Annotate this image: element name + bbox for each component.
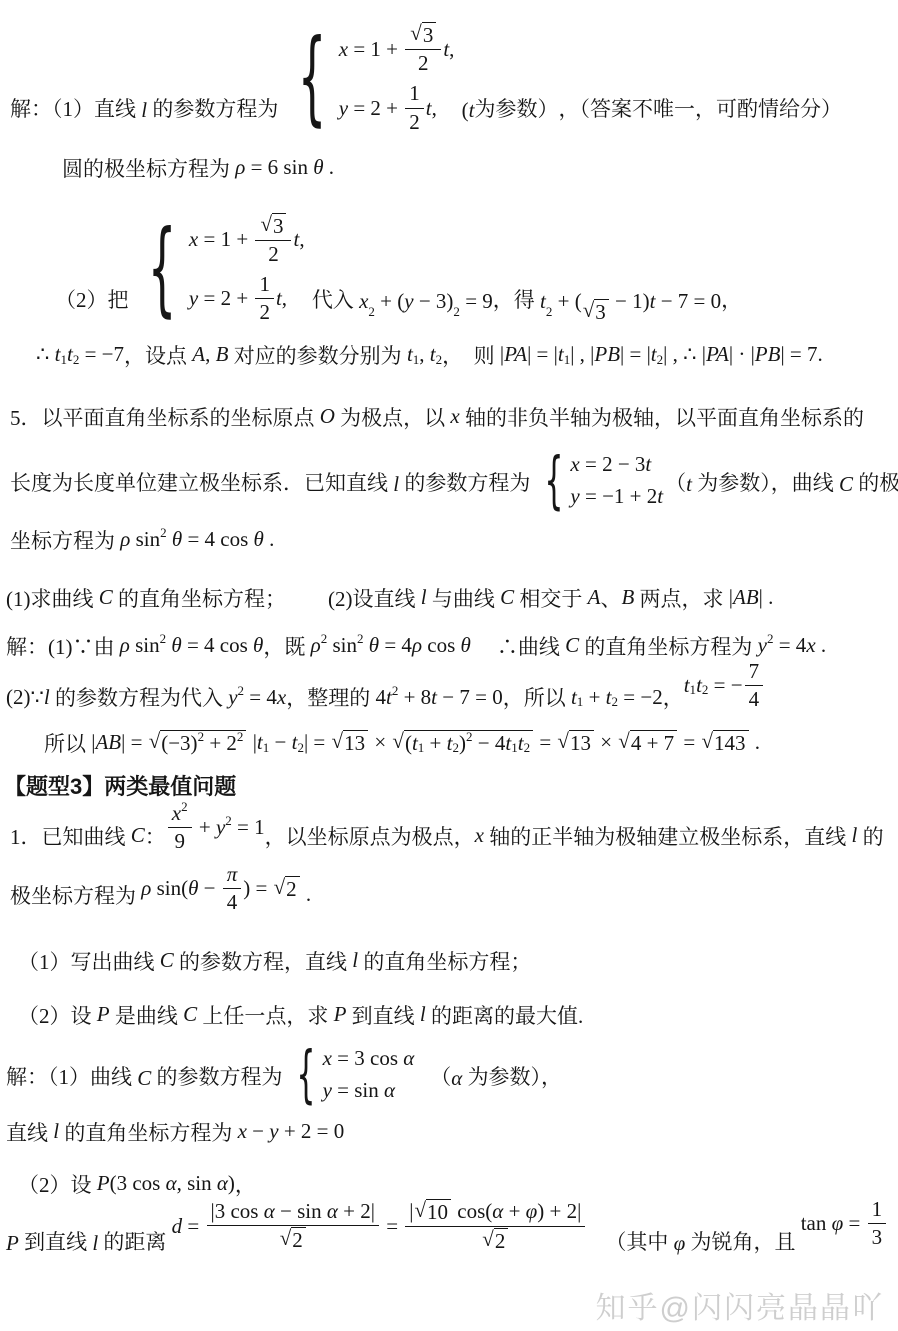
cjk-text: 为参数）， (462, 1061, 562, 1103)
math-text: = 4 cos (182, 527, 253, 552)
math-text: cos (422, 633, 461, 658)
cjk-text: ，以坐标原点为极点， (265, 821, 475, 851)
math-text: 2 (418, 51, 429, 76)
equation-system: {x = 3 cos αy = sin α (290, 1046, 415, 1103)
math-text: , (299, 227, 304, 252)
math-variable: α (166, 1171, 177, 1196)
math-text: (−3) (161, 731, 197, 756)
radical-sign-icon: √ (618, 730, 630, 752)
fraction: √32 (405, 22, 441, 76)
math-variable: y (216, 815, 225, 840)
math-text: 13 (344, 731, 365, 756)
math-variable: PB (755, 342, 781, 367)
superscript: 2 (453, 305, 460, 318)
math-variable: y (269, 1119, 278, 1144)
system-rows: x = 3 cos αy = sin α (323, 1046, 415, 1103)
subscript: 1 (577, 695, 584, 708)
math-text: | (247, 730, 256, 755)
math-text: 3 (273, 214, 284, 239)
math-text: ) (459, 731, 466, 756)
fraction: |3 cos α − sin α + 2|√2 (207, 1199, 379, 1253)
math-variable: α (492, 1199, 503, 1224)
math-text: = 3 cos (332, 1046, 403, 1071)
cjk-text: 、 (600, 583, 621, 613)
math-text: = − (708, 673, 742, 698)
cjk-text: 的距离 (98, 1226, 172, 1268)
fraction-numerator: 1 (255, 272, 274, 299)
math-text: + ( (552, 289, 581, 326)
radicand: 2 (285, 876, 300, 902)
math-variable: θ (313, 155, 323, 180)
math-group: d = |3 cos α − sin α + 2|√2 = |√10 cos(α… (172, 1199, 588, 1254)
math-variable: t (657, 484, 663, 509)
cjk-text: ，得 (493, 284, 540, 326)
fraction-numerator: √3 (405, 22, 441, 50)
math-variable: y (404, 289, 413, 326)
math-text: = sin (332, 1078, 384, 1103)
fraction-denominator: 3 (872, 1224, 883, 1250)
subscript: 1 (413, 353, 420, 366)
fraction-denominator: 2 (409, 109, 420, 135)
math-variable: C (160, 948, 174, 973)
solution1-part1-lineeq: 直线 l 的直角坐标方程为 x − y + 2 = 0 (6, 1117, 898, 1147)
math-text: cos( (452, 1199, 492, 1224)
cjk-text: 为参数） (475, 93, 559, 135)
system-row: x = 3 cos α (323, 1046, 415, 1071)
radical-sign-icon: √ (557, 730, 569, 752)
cjk-text: （2）把 (55, 284, 134, 326)
cjk-text: 轴的非负半轴为极轴，以平面直角坐标系的 (460, 402, 864, 432)
superscript: 2 (767, 632, 774, 645)
cjk-text: 极坐标方程为 (10, 880, 141, 910)
math-text: = 1 + (198, 227, 253, 252)
math-text: + 2 (204, 731, 237, 756)
radicand: 143 (713, 730, 749, 756)
math-text: 10 (427, 1200, 448, 1225)
math-text: , (432, 96, 437, 121)
math-text: 4 (749, 687, 760, 712)
radical: √3 (260, 213, 286, 239)
radical: √2 (482, 1228, 508, 1254)
left-brace-icon: { (147, 218, 176, 321)
cjk-text: 所以 (44, 728, 91, 758)
math-text: 4 (227, 890, 238, 915)
subscript: 2 (657, 353, 664, 366)
cjk-text: 的直角坐标方程； (113, 583, 286, 613)
math-text: 9 (174, 829, 185, 854)
cjk-text: （2）设 (18, 1000, 97, 1030)
math-text: , (419, 342, 430, 367)
equation-system: {x = 1 + √32t,y = 2 + 12t, (286, 22, 455, 135)
cjk-text: ， (721, 284, 742, 326)
math-text: 4 (375, 685, 386, 710)
math-text: sin (130, 527, 160, 552)
cjk-text: 轴的正半轴为极轴建立极坐标系，直线 (484, 821, 852, 851)
fraction-denominator: √2 (279, 1226, 307, 1253)
math-text: sin (327, 633, 357, 658)
fraction-denominator: 9 (174, 828, 185, 854)
math-variable: B (216, 342, 229, 367)
radicand: 3 (272, 213, 287, 239)
cjk-text: 5．以平面直角坐标系的坐标原点 (10, 402, 320, 432)
superscript: 2 (321, 632, 328, 645)
math-text: ( (405, 731, 412, 756)
math-variable: x (570, 452, 579, 477)
system-row: x = 1 + √32t, (189, 213, 305, 267)
radicand: 13 (343, 730, 368, 756)
superscript: 2 (181, 800, 188, 813)
left-brace-icon: { (544, 449, 563, 512)
system-row: y = 2 + 12t, (189, 272, 287, 325)
radical: √4 + 7 (618, 730, 677, 756)
math-variable: x (475, 823, 484, 848)
radical-sign-icon: √ (260, 213, 272, 235)
problem1-q1-line: （1）写出曲线 C 的参数方程，直线 l 的直角坐标方程； (18, 946, 898, 976)
math-text: × (595, 730, 617, 755)
fraction-denominator: 2 (259, 299, 270, 325)
fraction: 12 (405, 81, 424, 134)
math-variable: x (339, 37, 348, 62)
cjk-text: 【题型3】两类最值问题 (4, 770, 236, 801)
math-variable: θ (188, 876, 198, 901)
cjk-text: ，（答案不唯一，可酌情给分） (559, 93, 843, 135)
math-variable: PA (504, 342, 527, 367)
math-text: − (269, 730, 291, 755)
problem5-questions-line: (1)求曲线 C 的直角坐标方程；(2)设直线 l 与曲线 C 相交于 A、B … (6, 583, 898, 613)
cjk-text: 坐标方程为 (10, 525, 120, 555)
math-variable: PA (706, 342, 729, 367)
fraction: 12 (255, 272, 274, 325)
fraction: π4 (223, 862, 242, 915)
math-variable: ρ (235, 155, 245, 180)
math-text: − (198, 876, 220, 901)
math-text: = (381, 1214, 403, 1239)
math-variable: P (97, 1002, 110, 1027)
cjk-text: ∴曲线 (497, 631, 565, 661)
superscript: 2 (546, 305, 553, 318)
radical: √10 (415, 1199, 452, 1225)
cjk-text: ，整理的 (286, 682, 375, 712)
math-text: = 9 (460, 289, 493, 326)
math-variable: y (323, 1078, 332, 1103)
cjk-text: 相交于 (514, 583, 588, 613)
subscript: 2 (436, 353, 443, 366)
fraction: |√10 cos(α + φ) + 2|√2 (405, 1199, 585, 1254)
superscript: 2 (237, 730, 244, 743)
math-text: | = 7. (780, 342, 822, 367)
subscript: 1 (564, 353, 571, 366)
math-variable: C (839, 472, 853, 509)
math-text: + 2| (338, 1199, 375, 1224)
cjk-text: 的 (857, 821, 883, 851)
cjk-text: 到直线 (346, 1000, 420, 1030)
math-variable: d (172, 1214, 183, 1239)
math-group: x29 + y2 = 1 (166, 801, 265, 854)
math-text: 2 (495, 1229, 506, 1254)
cjk-text: 1．已知曲线 (10, 821, 131, 851)
math-text: . (750, 730, 761, 755)
math-variable: ρ (141, 876, 151, 901)
superscript: 2 (225, 814, 232, 827)
math-text: = 2 + (348, 96, 403, 121)
radical: √143 (702, 730, 749, 756)
math-text: + 8 (398, 685, 431, 710)
radical-sign-icon: √ (149, 730, 161, 752)
cjk-text: 解：(1)∵由 (6, 631, 120, 661)
math-text: − (247, 1119, 269, 1144)
cjk-text: (2)∵ (6, 685, 44, 710)
math-text: = 1 (232, 815, 265, 840)
superscript: 2 (160, 632, 167, 645)
math-text: , (282, 286, 287, 311)
math-text: 13 (570, 731, 591, 756)
math-variable: P (334, 1002, 347, 1027)
math-text: + (194, 815, 216, 840)
math-text: − sin (275, 1199, 327, 1224)
math-variable: π (227, 862, 238, 887)
radical-sign-icon: √ (410, 22, 422, 44)
math-text: = 4 (773, 633, 806, 658)
left-brace-icon: { (296, 1043, 315, 1106)
math-variable: O (320, 404, 335, 429)
cjk-text: ， (235, 1169, 256, 1199)
math-text: ) = (243, 876, 272, 901)
math-variable: y (189, 286, 198, 311)
system-rows: x = 1 + √32t,y = 2 + 12t, (339, 22, 455, 135)
math-text: 3 (423, 23, 434, 48)
cjk-text: (2)设直线 (328, 583, 421, 613)
cjk-text: ， (663, 682, 684, 712)
problem1-line1: 1．已知曲线 C：x29 + y2 = 1，以坐标原点为极点，x 轴的正半轴为极… (10, 809, 898, 862)
math-text: | = | (620, 342, 651, 367)
math-text: | = | (527, 342, 558, 367)
cjk-text: ， 则 (442, 340, 500, 370)
equation-system: {x = 1 + √32t,y = 2 + 12t, (136, 213, 305, 326)
problem1-q2-line: （2）设 P 是曲线 C 上任一点，求 P 到直线 l 的距离的最大值. (18, 1000, 898, 1030)
math-variable: x (238, 1119, 247, 1144)
math-text: + ( (375, 289, 404, 326)
system-row: y = sin α (323, 1078, 395, 1103)
math-text: , (205, 342, 216, 367)
math-variable: t (645, 452, 651, 477)
math-variable: y (570, 484, 579, 509)
superscript: 2 (357, 632, 364, 645)
solution4-part1-line: 解：（1）直线 l 的参数方程为 {x = 1 + √32t,y = 2 + 1… (10, 22, 898, 135)
cjk-text: 圆的极坐标方程为 (62, 153, 235, 183)
math-variable: α (264, 1199, 275, 1224)
cjk-text: 的参数方程为 (147, 93, 284, 135)
fraction-denominator: 4 (227, 889, 238, 915)
math-variable: C (99, 585, 113, 610)
math-variable: C (183, 1002, 197, 1027)
math-text: . (301, 882, 312, 907)
math-text: sin (130, 633, 160, 658)
math-text: = 2 + (198, 286, 253, 311)
math-text: = (534, 730, 556, 755)
math-text: = 2 − 3 (580, 452, 646, 477)
math-variable: ρ (412, 633, 422, 658)
math-text: sin( (151, 876, 188, 901)
fraction: √32 (255, 213, 291, 267)
cjk-text: （1）写出曲线 (18, 946, 160, 976)
fraction-numerator: π (223, 862, 242, 889)
radical-sign-icon: √ (583, 299, 595, 321)
cjk-text: 为极点，以 (335, 402, 451, 432)
cjk-text: 的直角坐标方程； (358, 946, 531, 976)
problem5-line2: 长度为长度单位建立极坐标系．已知直线 l 的参数方程为 {x = 2 − 3ty… (10, 452, 898, 509)
math-text: | . (759, 585, 774, 610)
math-text: − 7 = 0 (655, 289, 721, 326)
math-variable: φ (526, 1199, 538, 1224)
math-variable: θ (253, 633, 263, 658)
radicand: (t1 + t2)2 − 4t1t2 (404, 730, 533, 756)
math-text: 4 + 7 (631, 731, 674, 756)
radicand: (−3)2 + 22 (160, 730, 246, 756)
radical: √13 (557, 730, 594, 756)
math-variable: x (189, 227, 198, 252)
solution1-part2-line: （2）设 P(3 cos α, sin α)， (18, 1169, 898, 1199)
cjk-text: （其中 (605, 1226, 673, 1268)
math-text: + 2 = 0 (279, 1119, 345, 1144)
math-text: = −7 (79, 342, 124, 367)
math-group: tan φ = 13 (801, 1197, 888, 1250)
math-text: = (182, 1214, 204, 1239)
math-text: , (449, 37, 454, 62)
math-text: + (583, 685, 605, 710)
cjk-text: 解：（1）直线 (10, 93, 141, 135)
problem5-line1: 5．以平面直角坐标系的坐标原点 O 为极点，以 x 轴的非负半轴为极轴，以平面直… (10, 402, 898, 432)
system-row: y = −1 + 2t (570, 484, 663, 509)
subscript: 2 (524, 741, 531, 754)
fraction-numerator: x2 (168, 801, 192, 828)
math-variable: x (806, 633, 815, 658)
fraction-numerator: 1 (405, 81, 424, 108)
math-variable: y (758, 633, 767, 658)
math-variable: y (228, 685, 237, 710)
subscript: 1 (418, 741, 425, 754)
math-text: | , ∴ | (663, 342, 706, 367)
system-rows: x = 2 − 3ty = −1 + 2t (570, 452, 663, 509)
solution5-part2-line: (2)∵l 的参数方程为代入 y2 = 4x，整理的 4t2 + 8t − 7 … (6, 671, 898, 724)
math-text: × (369, 730, 391, 755)
math-text: | (409, 1199, 413, 1224)
radicand: 13 (569, 730, 594, 756)
fraction-denominator: 2 (418, 50, 429, 76)
math-text: + (503, 1199, 525, 1224)
solution1-part1-line: 解：（1）曲线 C 的参数方程为 {x = 3 cos αy = sin α（α… (6, 1046, 898, 1103)
radical: √2 (274, 876, 300, 902)
cjk-text: (1)求曲线 (6, 583, 99, 613)
cjk-text: 的极 (853, 467, 898, 509)
cjk-text: ： (145, 821, 166, 851)
math-variable: P (97, 1171, 110, 1196)
fraction-denominator: 2 (268, 241, 279, 267)
math-group: ρ sin(θ − π4) = √2 (141, 862, 300, 915)
math-text: 1 (409, 81, 420, 106)
math-variable: C (131, 823, 145, 848)
math-text: . (816, 633, 827, 658)
math-variable: ρ (120, 633, 130, 658)
fraction: 74 (745, 659, 764, 712)
cjk-text: 到直线 (19, 1226, 93, 1268)
radical: √2 (280, 1227, 306, 1253)
math-variable: θ (171, 633, 181, 658)
math-variable: φ (832, 1211, 844, 1236)
math-text: | = (121, 730, 148, 755)
math-variable: x (359, 289, 368, 326)
superscript: 2 (198, 730, 205, 743)
math-text: 2 (268, 242, 279, 267)
math-text: . (264, 527, 275, 552)
left-brace-icon: { (297, 27, 326, 130)
radical: √13 (332, 730, 369, 756)
system-rows: x = 1 + √32t,y = 2 + 12t, (189, 213, 305, 326)
fraction-numerator: |√10 cos(α + φ) + 2| (405, 1199, 585, 1227)
math-variable: C (500, 585, 514, 610)
math-variable: C (565, 633, 579, 658)
math-text: 3 (595, 300, 606, 325)
math-text: tan (801, 1211, 832, 1236)
radical-sign-icon: √ (415, 1199, 427, 1221)
fraction-denominator: √2 (481, 1227, 509, 1254)
cjk-text: 的参数方程为 (151, 1061, 288, 1103)
cjk-text: ，既 (263, 631, 310, 661)
math-variable: φ (674, 1231, 686, 1268)
radicand: 10 (426, 1199, 451, 1225)
solution4-part2-line: （2）把 {x = 1 + √32t,y = 2 + 12t, 代入 x2 + … (55, 213, 898, 326)
subscript: 2 (452, 741, 459, 754)
radicand: 2 (494, 1228, 509, 1254)
radicand: 3 (422, 22, 437, 48)
math-variable: θ (254, 527, 264, 552)
cjk-text: 两点，求 (634, 583, 729, 613)
subscript: 2 (73, 353, 80, 366)
system-row: y = 2 + 12t, (339, 81, 437, 134)
math-variable: α (217, 1171, 228, 1196)
math-text: , sin (177, 1171, 217, 1196)
radical-sign-icon: √ (280, 1227, 292, 1249)
fraction-numerator: |3 cos α − sin α + 2| (207, 1199, 379, 1226)
cjk-text: 解：（1）曲线 (6, 1061, 137, 1103)
subscript: 1 (263, 741, 270, 754)
math-variable: α (327, 1199, 338, 1224)
math-text: + (424, 731, 446, 756)
math-text: = (678, 730, 700, 755)
math-variable: θ (369, 633, 379, 658)
cjk-text: 的直角坐标方程为 (579, 631, 758, 661)
cjk-text: （ (665, 467, 686, 509)
math-variable: AB (95, 730, 121, 755)
subscript: 2 (297, 741, 304, 754)
cjk-text: ，设点 (124, 340, 192, 370)
cjk-text: 直线 (6, 1117, 53, 1147)
radical: √(t1 + t2)2 − 4t1t2 (392, 730, 533, 756)
math-variable: AB (733, 585, 759, 610)
superscript: 2 (392, 684, 399, 697)
cjk-text: 上任一点，求 (197, 1000, 334, 1030)
math-text: 143 (714, 731, 746, 756)
math-text: (3 cos (110, 1171, 166, 1196)
solution1-part2-distance-line: P 到直线 l 的距离 d = |3 cos α − sin α + 2|√2 … (6, 1213, 898, 1268)
cjk-text: 的参数方程为 (399, 467, 536, 509)
document-body: 解：（1）直线 l 的参数方程为 {x = 1 + √32t,y = 2 + 1… (0, 22, 898, 1268)
radicand: 3 (594, 299, 609, 325)
math-variable: θ (461, 633, 471, 658)
subscript: 2 (702, 683, 709, 696)
math-variable: P (6, 1231, 19, 1268)
radicand: 4 + 7 (630, 730, 677, 756)
subscript: 1 (60, 353, 67, 366)
